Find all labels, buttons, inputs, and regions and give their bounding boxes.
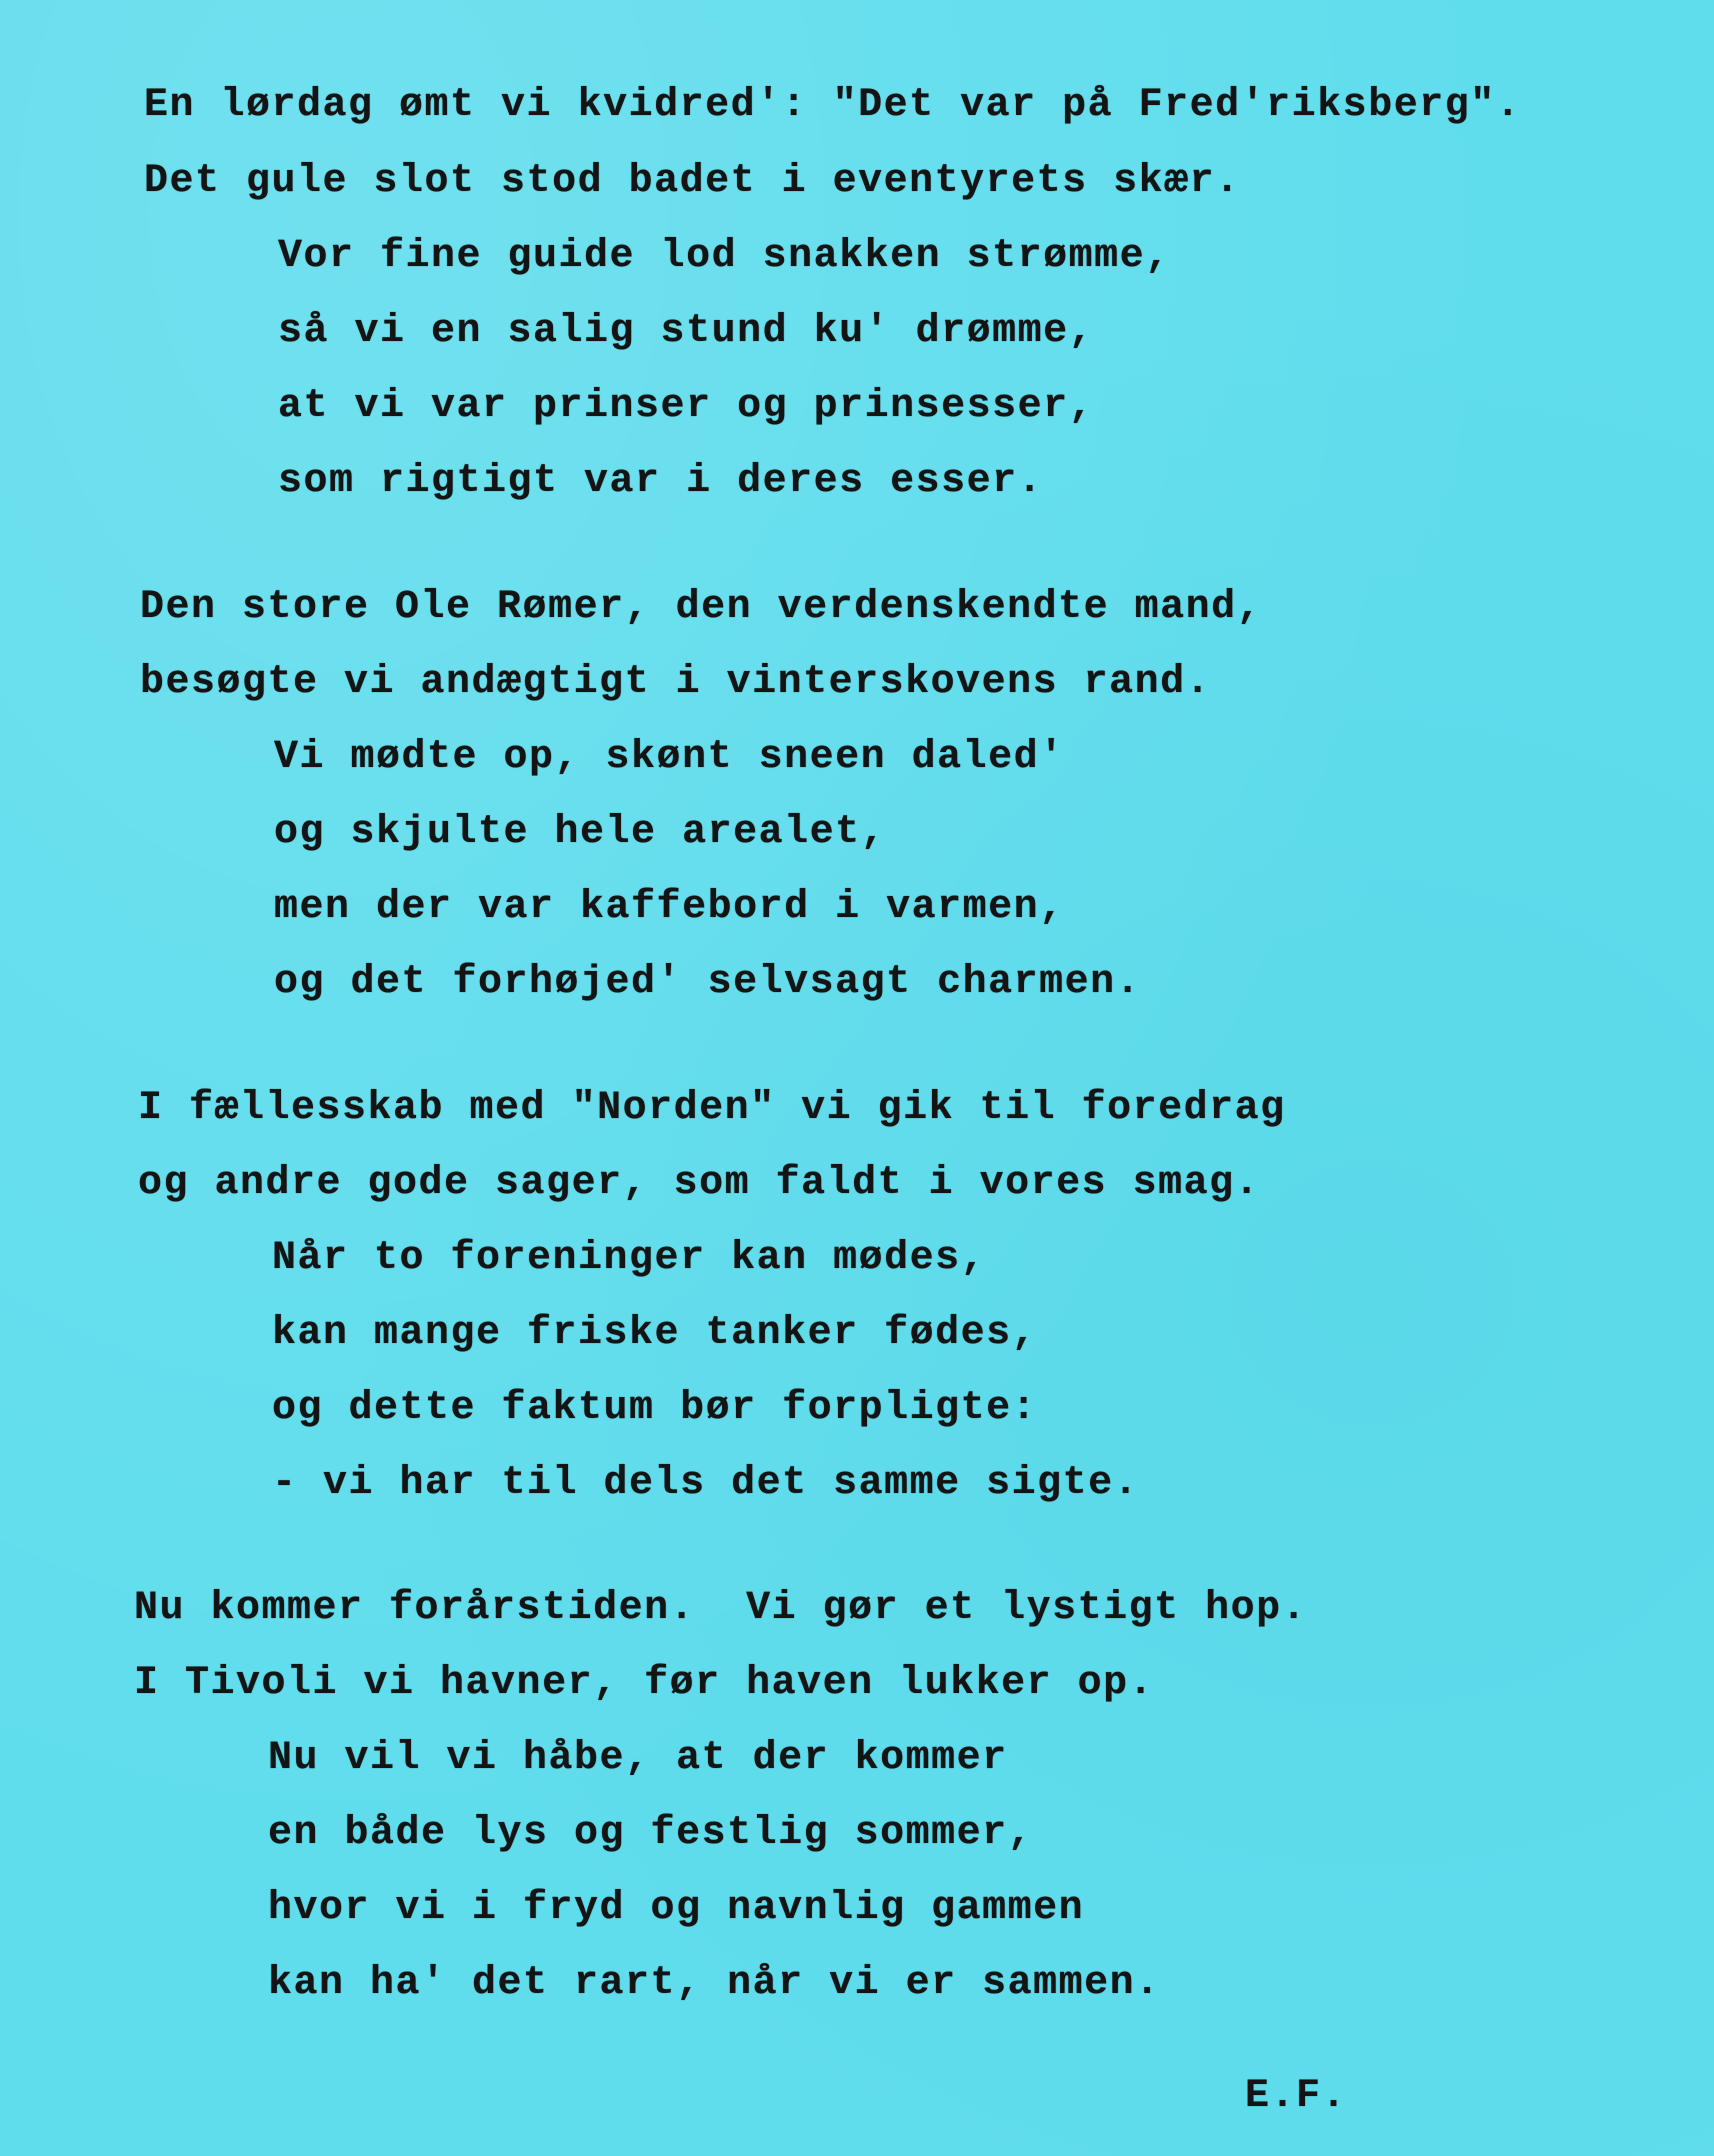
poem-line: at vi var prinser og prinsesser, — [278, 387, 1094, 427]
poem-line: hvor vi i fryd og navnlig gammen — [268, 1889, 1084, 1929]
poem-line: Vi mødte op, skønt sneen daled' — [274, 738, 1065, 778]
poem-line: og det forhøjed' selvsagt charmen. — [274, 963, 1141, 1003]
poem-line: og skjulte hele arealet, — [274, 813, 886, 853]
poem-line: Når to foreninger kan mødes, — [272, 1239, 986, 1279]
poem-line: kan ha' det rart, når vi er sammen. — [268, 1964, 1161, 2004]
poem-line: Den store Ole Rømer, den verdenskendte m… — [140, 588, 1262, 628]
poem-line: - vi har til dels det samme sigte. — [272, 1464, 1139, 1504]
poem-line: Det gule slot stod badet i eventyrets sk… — [144, 162, 1241, 202]
poem-line: I Tivoli vi havner, før haven lukker op. — [134, 1664, 1154, 1704]
poem-line: En lørdag ømt vi kvidred': "Det var på F… — [144, 86, 1521, 126]
poem-line: kan mange friske tanker fødes, — [272, 1314, 1037, 1354]
poem-line: og andre gode sager, som faldt i vores s… — [138, 1164, 1260, 1204]
author-signature: E.F. — [1245, 2077, 1347, 2117]
poem-line: og dette faktum bør forpligte: — [272, 1389, 1037, 1429]
poem-line: en både lys og festlig sommer, — [268, 1814, 1033, 1854]
poem: En lørdag ømt vi kvidred': "Det var på F… — [0, 0, 1714, 2156]
poem-line: som rigtigt var i deres esser. — [278, 462, 1043, 502]
poem-line: Nu kommer forårstiden. Vi gør et lystigt… — [134, 1589, 1307, 1629]
poem-line: så vi en salig stund ku' drømme, — [278, 312, 1094, 352]
poem-line: men der var kaffebord i varmen, — [274, 888, 1065, 928]
poem-line: Nu vil vi håbe, at der kommer — [268, 1739, 1008, 1779]
poem-line: I fællesskab med "Norden" vi gik til for… — [138, 1089, 1286, 1129]
poem-line: Vor fine guide lod snakken strømme, — [278, 237, 1171, 277]
poem-line: besøgte vi andægtigt i vinterskovens ran… — [140, 663, 1211, 703]
